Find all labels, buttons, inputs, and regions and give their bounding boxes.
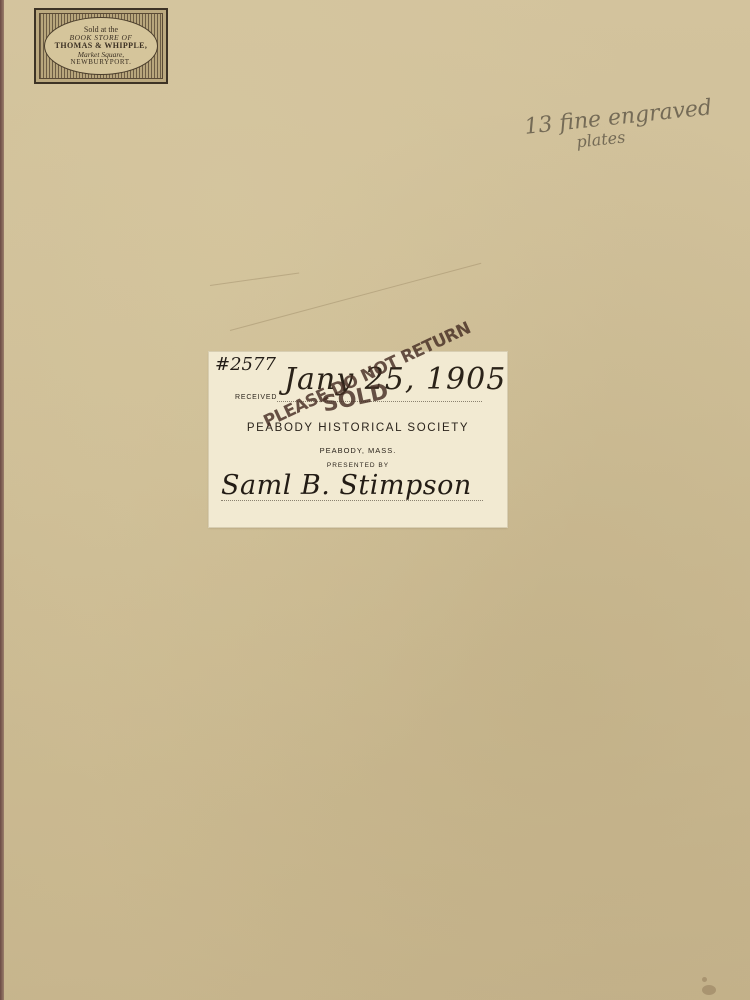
accession-card: #2577 RECEIVED Jany 25, 1905 PEABODY HIS… [209,352,507,527]
organization-place: PEABODY, MASS. [209,446,507,455]
presented-by-label: PRESENTED BY [209,462,507,469]
donor-name: Saml B. Stimpson [221,470,472,501]
bookseller-label: Sold at the BOOK STORE OF THOMAS & WHIPP… [34,8,168,84]
received-label: RECEIVED [235,394,277,401]
donor-dotted-line [221,500,483,501]
label-town: NEWBURYPORT. [71,59,132,66]
organization-name: PEABODY HISTORICAL SOCIETY [209,422,507,434]
pencil-annotation: 13 fine engraved plates [523,95,715,156]
spine-edge [0,0,4,1000]
scratch-mark [210,272,299,286]
stain-spot [702,985,716,995]
book-cover: Sold at the BOOK STORE OF THOMAS & WHIPP… [0,0,750,1000]
scratch-mark [230,263,481,331]
accession-number: #2577 [215,354,276,375]
stain-spot [702,977,707,982]
label-oval: Sold at the BOOK STORE OF THOMAS & WHIPP… [44,17,158,75]
